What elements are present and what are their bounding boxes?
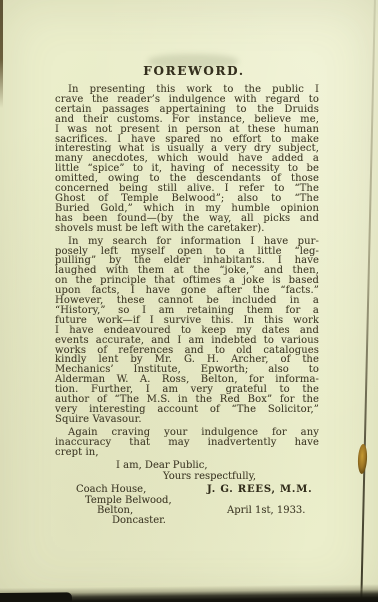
closing-salutation: I am, Dear Public, <box>116 461 319 471</box>
address-line: Coach House, <box>76 485 146 495</box>
signature-date: April 1st, 1933. <box>227 506 305 516</box>
signature-block: Coach House, J. G. REES, M.M. Temple Bel… <box>55 485 319 526</box>
address-line: Belton, <box>97 506 133 516</box>
text-line: Squire Vavasour. <box>55 415 319 425</box>
foreword-page: FOREWORD. In presenting this work to the… <box>55 64 319 527</box>
signature-row: Belton, April 1st, 1933. <box>55 506 319 516</box>
text-line: shovels must be left with the caretaker)… <box>55 224 319 234</box>
bottom-left-corner-shadow <box>0 592 72 602</box>
signer-name: J. G. REES, M.M. <box>207 485 312 495</box>
right-page-edge <box>360 0 376 602</box>
closing-valediction: Yours respectfully, <box>163 472 319 482</box>
stain-mark <box>357 444 368 474</box>
text-line: In my search for information I have pur- <box>55 237 319 247</box>
signature-row: Coach House, J. G. REES, M.M. <box>55 485 319 495</box>
page-title: FOREWORD. <box>69 64 319 78</box>
left-page-edge <box>0 0 3 108</box>
paragraph: In presenting this work to the public Ic… <box>55 85 319 234</box>
foreword-body: In presenting this work to the public Ic… <box>55 85 319 458</box>
text-line: crept in, <box>55 448 319 458</box>
paragraph: In my search for information I have pur-… <box>55 237 319 425</box>
paragraph: Again craving your indulgence for anyina… <box>55 428 319 458</box>
address-line: Doncaster. <box>112 516 319 526</box>
book-page-scan: FOREWORD. In presenting this work to the… <box>0 0 378 602</box>
